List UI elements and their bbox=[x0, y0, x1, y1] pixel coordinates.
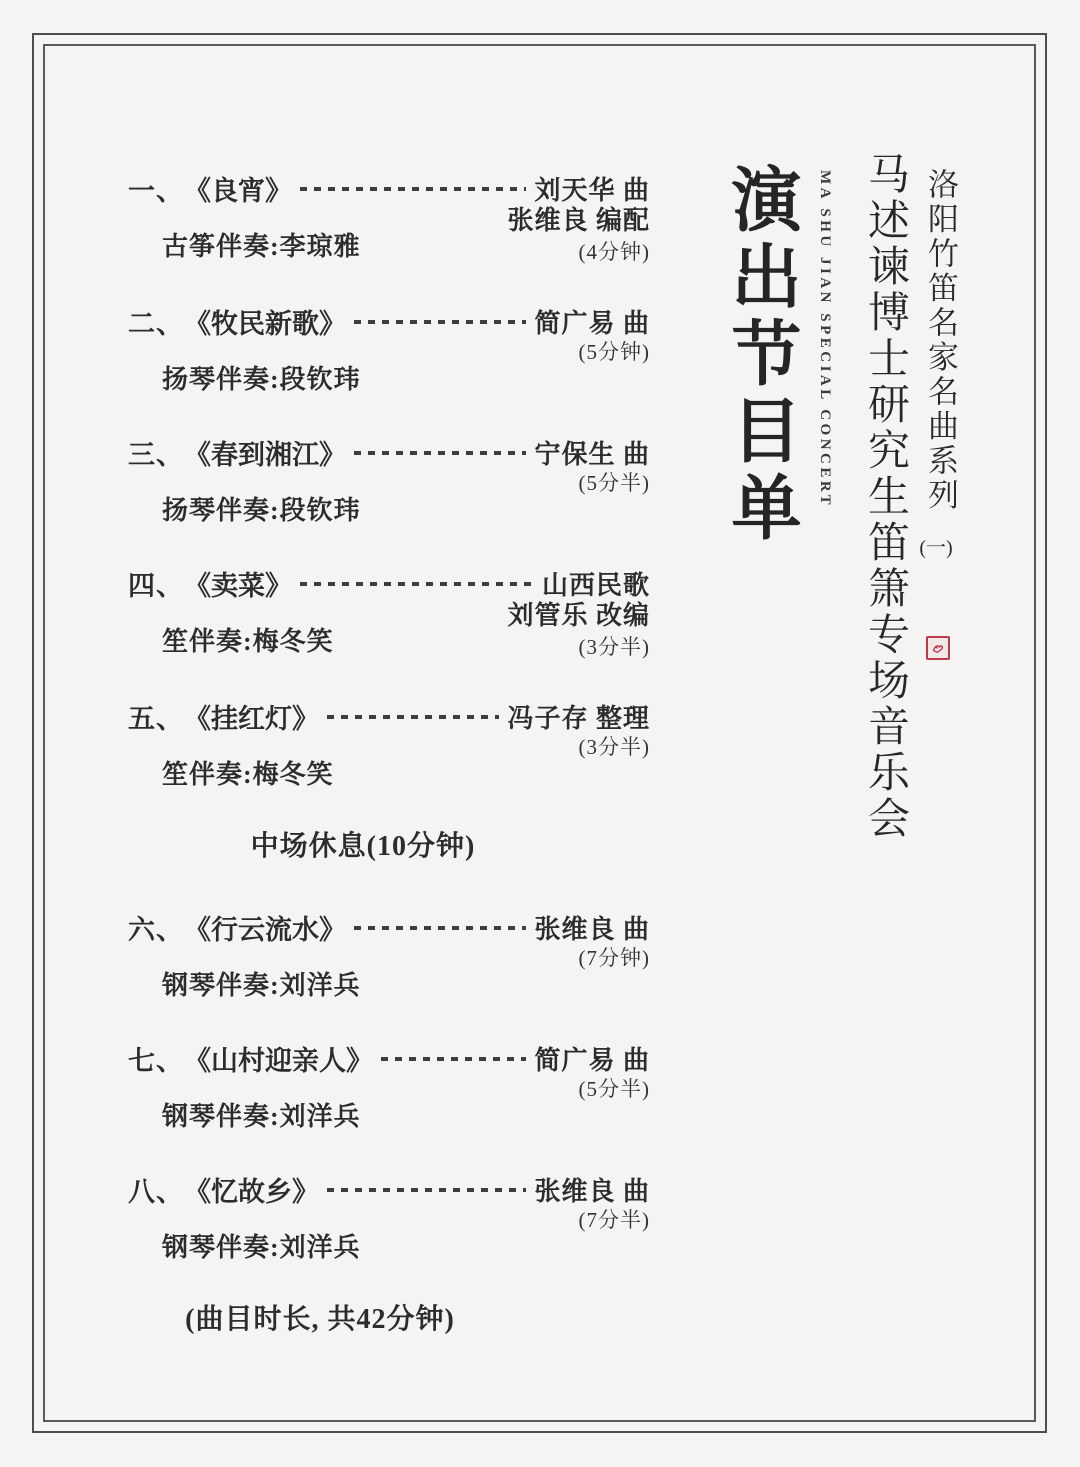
program-item-number: 五、 bbox=[128, 697, 184, 736]
program-item-composer: 简广易 曲 bbox=[534, 1040, 650, 1077]
program-item: 七、《山村迎亲人》 简广易 曲 钢琴伴奏:刘洋兵 (5分半) bbox=[128, 1040, 650, 1133]
program-item: 二、《牧民新歌》 简广易 曲 扬琴伴奏:段钦玮 (5分钟) bbox=[128, 303, 650, 396]
series-number: (一) bbox=[918, 531, 954, 560]
program-item: 六、《行云流水》 张维良 曲 钢琴伴奏:刘洋兵 (7分钟) bbox=[128, 909, 650, 1002]
program-item-arranger: 刘管乐 改编 bbox=[507, 601, 650, 631]
program-item-composer: 冯子存 整理 bbox=[507, 698, 650, 735]
program-item-accompaniment: 笙伴奏:梅冬笑 bbox=[128, 621, 334, 658]
program-item: 八、《忆故乡》 张维良 曲 钢琴伴奏:刘洋兵 (7分半) bbox=[128, 1171, 650, 1264]
program-item-title-line: 五、《挂红灯》 冯子存 整理 bbox=[128, 698, 650, 734]
program-item-title: 《忆故乡》 bbox=[184, 1170, 319, 1209]
program-item-credit-stack: (5分钟) bbox=[579, 339, 651, 365]
program-item-duration: (7分钟) bbox=[579, 945, 651, 971]
program-item: 三、《春到湘江》 宁保生 曲 扬琴伴奏:段钦玮 (5分半) bbox=[128, 434, 650, 527]
program-item-number: 四、 bbox=[128, 564, 184, 603]
program-item-composer: 山西民歌 bbox=[542, 565, 650, 602]
program-item-title: 《良宵》 bbox=[184, 169, 292, 208]
program-item-title-line: 一、《良宵》 刘天华 曲 bbox=[128, 170, 650, 206]
program-item-number: 二、 bbox=[128, 302, 184, 341]
program-item-accompaniment: 笙伴奏:梅冬笑 bbox=[128, 754, 334, 791]
program-item-title-line: 三、《春到湘江》 宁保生 曲 bbox=[128, 434, 650, 470]
program-item-credit-stack: 刘管乐 改编 (3分半) bbox=[507, 601, 650, 660]
dash-leader bbox=[354, 451, 526, 455]
program-item-credit-stack: (5分半) bbox=[579, 470, 651, 496]
dash-leader bbox=[327, 715, 499, 719]
program-item-title: 《挂红灯》 bbox=[184, 697, 319, 736]
intermission-note: 中场休息(10分钟) bbox=[102, 829, 624, 865]
dash-leader bbox=[327, 1188, 526, 1192]
program-item-duration: (5分半) bbox=[579, 1076, 651, 1102]
program-item-credit-stack: 张维良 编配 (4分钟) bbox=[507, 206, 650, 265]
concert-title-english: MA SHU JIAN SPECIAL CONCERT bbox=[816, 170, 833, 508]
program-item-accompaniment: 古筝伴奏:李琼雅 bbox=[128, 226, 361, 263]
program-item-composer: 简广易 曲 bbox=[534, 303, 650, 340]
program-item-duration: (7分半) bbox=[579, 1207, 651, 1233]
program-first-half: 一、《良宵》 刘天华 曲 古筝伴奏:李琼雅 张维良 编配 (4分钟) 二、《牧民… bbox=[128, 170, 650, 791]
program-second-half: 六、《行云流水》 张维良 曲 钢琴伴奏:刘洋兵 (7分钟) 七、《山村迎亲人》 … bbox=[128, 909, 650, 1264]
dash-leader bbox=[354, 320, 526, 324]
dash-leader bbox=[381, 1057, 526, 1061]
program-item-composer: 张维良 曲 bbox=[534, 909, 650, 946]
dash-leader bbox=[300, 582, 534, 586]
program-item-credit-stack: (7分钟) bbox=[579, 945, 651, 971]
program-item-composer: 宁保生 曲 bbox=[534, 434, 650, 471]
program-item-accompaniment: 扬琴伴奏:段钦玮 bbox=[128, 490, 361, 527]
dash-leader bbox=[354, 926, 526, 930]
program-item-detail-line: 钢琴伴奏:刘洋兵 (7分半) bbox=[128, 1207, 650, 1264]
program-item-duration: (4分钟) bbox=[579, 239, 651, 265]
program-item-detail-line: 扬琴伴奏:段钦玮 (5分半) bbox=[128, 470, 650, 527]
program-item-accompaniment: 钢琴伴奏:刘洋兵 bbox=[128, 965, 361, 1002]
program-item-title: 《春到湘江》 bbox=[184, 433, 346, 472]
program-item-duration: (3分半) bbox=[579, 634, 651, 660]
program-item-title-line: 二、《牧民新歌》 简广易 曲 bbox=[128, 303, 650, 339]
program-item-detail-line: 扬琴伴奏:段钦玮 (5分钟) bbox=[128, 339, 650, 396]
program-list: 一、《良宵》 刘天华 曲 古筝伴奏:李琼雅 张维良 编配 (4分钟) 二、《牧民… bbox=[128, 170, 650, 1338]
program-item-number: 八、 bbox=[128, 1170, 184, 1209]
program-item-accompaniment: 钢琴伴奏:刘洋兵 bbox=[128, 1227, 361, 1264]
program-item-title-line: 六、《行云流水》 张维良 曲 bbox=[128, 909, 650, 945]
program-item: 一、《良宵》 刘天华 曲 古筝伴奏:李琼雅 张维良 编配 (4分钟) bbox=[128, 170, 650, 265]
program-item-detail-line: 笙伴奏:梅冬笑 (3分半) bbox=[128, 734, 650, 791]
program-item-number: 七、 bbox=[128, 1039, 184, 1078]
program-item-duration: (5分半) bbox=[579, 470, 651, 496]
program-item: 五、《挂红灯》 冯子存 整理 笙伴奏:梅冬笑 (3分半) bbox=[128, 698, 650, 791]
total-duration-note: (曲目时长, 共42分钟) bbox=[59, 1302, 581, 1338]
program-item-duration: (3分半) bbox=[579, 734, 651, 760]
concert-title: 马述谏博士研究生笛箫专场音乐会 bbox=[855, 152, 915, 842]
program-item-title: 《牧民新歌》 bbox=[184, 302, 346, 341]
program-item-title: 《山村迎亲人》 bbox=[184, 1039, 373, 1078]
program-item-number: 三、 bbox=[128, 433, 184, 472]
program-item-detail-line: 钢琴伴奏:刘洋兵 (5分半) bbox=[128, 1076, 650, 1133]
program-item-number: 六、 bbox=[128, 908, 184, 947]
program-item: 四、《卖菜》 山西民歌 笙伴奏:梅冬笑 刘管乐 改编 (3分半) bbox=[128, 565, 650, 660]
program-item-accompaniment: 扬琴伴奏:段钦玮 bbox=[128, 359, 361, 396]
program-item-accompaniment: 钢琴伴奏:刘洋兵 bbox=[128, 1096, 361, 1133]
page-title: 演出节目单 bbox=[709, 163, 810, 548]
dash-leader bbox=[300, 187, 526, 191]
program-item-detail-line: 钢琴伴奏:刘洋兵 (7分钟) bbox=[128, 945, 650, 1002]
program-item-number: 一、 bbox=[128, 169, 184, 208]
series-title: 洛阳竹笛名家名曲系列 bbox=[918, 168, 963, 513]
program-item-composer: 刘天华 曲 bbox=[534, 170, 650, 207]
program-item-title-line: 七、《山村迎亲人》 简广易 曲 bbox=[128, 1040, 650, 1076]
program-item-credit-stack: (5分半) bbox=[579, 1076, 651, 1102]
program-item-title: 《卖菜》 bbox=[184, 564, 292, 603]
program-item-title-line: 四、《卖菜》 山西民歌 bbox=[128, 565, 650, 601]
program-item-title-line: 八、《忆故乡》 张维良 曲 bbox=[128, 1171, 650, 1207]
program-item-title: 《行云流水》 bbox=[184, 908, 346, 947]
program-item-composer: 张维良 曲 bbox=[534, 1171, 650, 1208]
program-item-arranger: 张维良 编配 bbox=[507, 206, 650, 236]
program-item-detail-line: 古筝伴奏:李琼雅 张维良 编配 (4分钟) bbox=[128, 206, 650, 265]
program-item-duration: (5分钟) bbox=[579, 339, 651, 365]
program-item-credit-stack: (7分半) bbox=[579, 1207, 651, 1233]
program-item-credit-stack: (3分半) bbox=[579, 734, 651, 760]
program-item-detail-line: 笙伴奏:梅冬笑 刘管乐 改编 (3分半) bbox=[128, 601, 650, 660]
red-seal-icon bbox=[926, 636, 950, 660]
